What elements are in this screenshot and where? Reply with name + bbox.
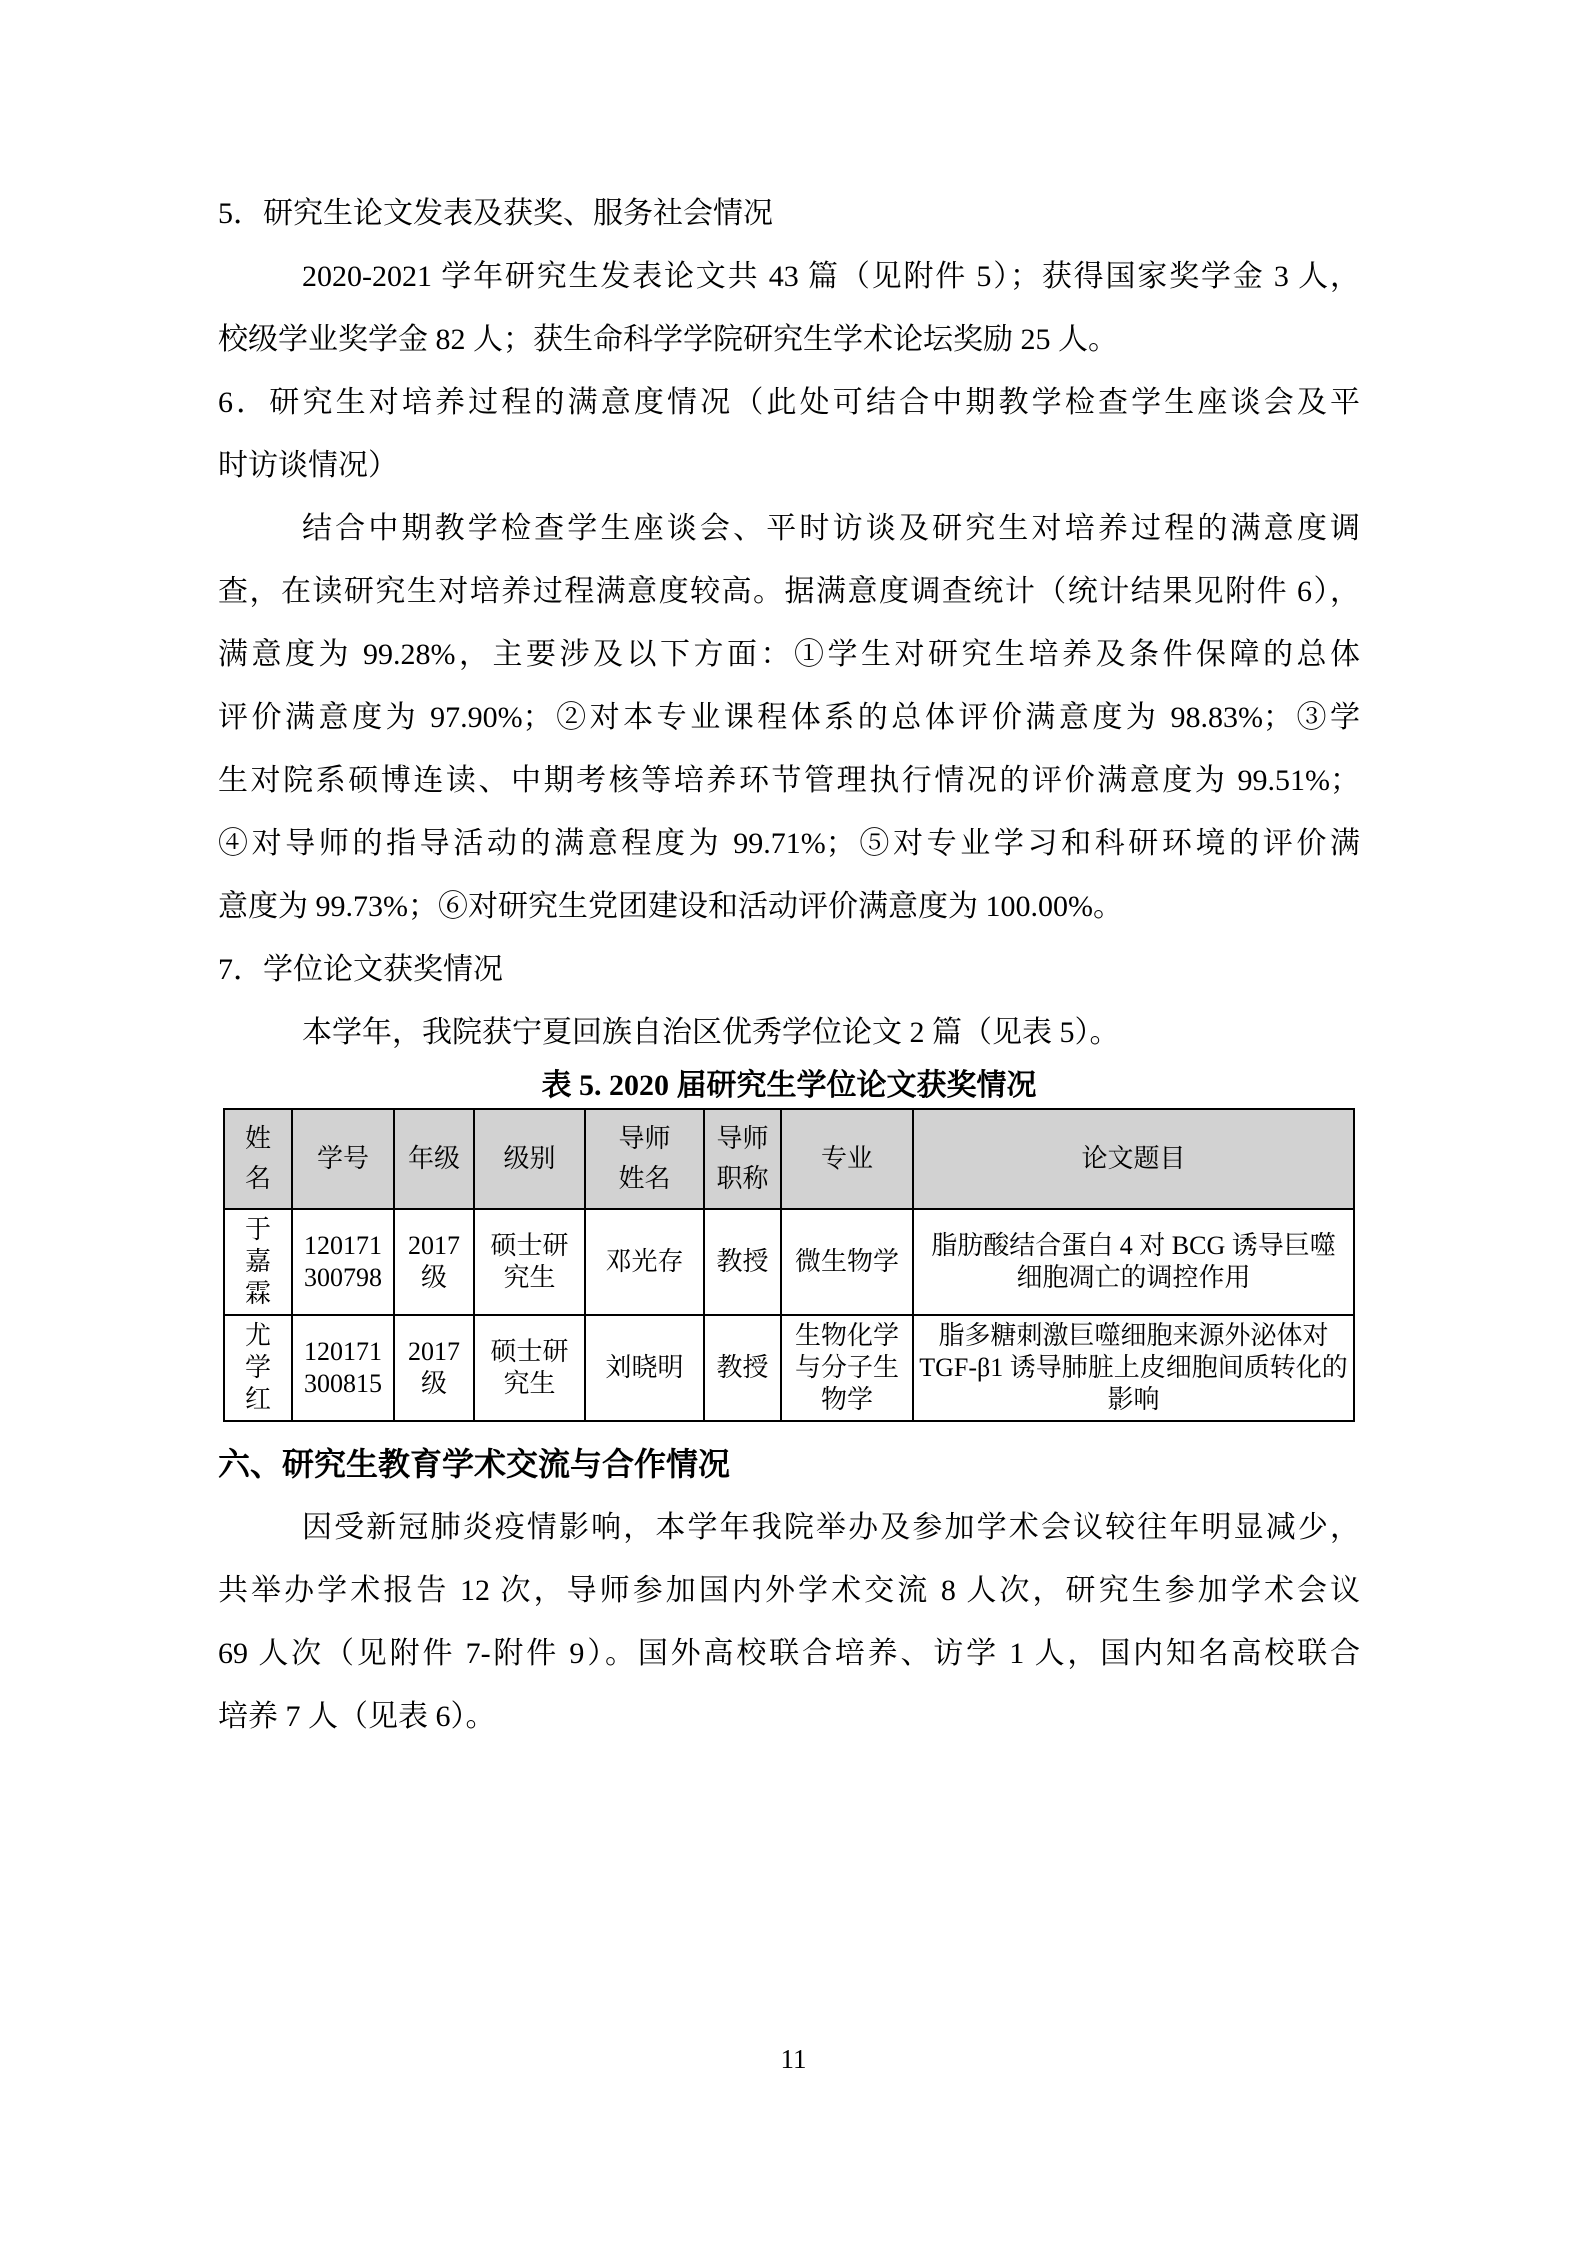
paragraph-line: 查，在读研究生对培养过程满意度较高。据满意度调查统计（统计结果见附件 6）， (218, 560, 1360, 623)
section-6-heading: 六、研究生教育学术交流与合作情况 (218, 1432, 1360, 1496)
col-header-major: 专业 (781, 1109, 913, 1209)
table-row: 尤 学 红 120171 300815 2017 级 硕士研 究生 刘晓明 教授… (224, 1315, 1354, 1421)
paragraph-line: 因受新冠肺炎疫情影响，本学年我院举办及参加学术会议较往年明显减少， (218, 1496, 1360, 1559)
item-5-heading: 5．研究生论文发表及获奖、服务社会情况 (218, 182, 1360, 245)
col-header-thesis-title: 论文题目 (913, 1109, 1354, 1209)
cell-grade: 2017 级 (394, 1209, 474, 1315)
paragraph-line: 共举办学术报告 12 次，导师参加国内外学术交流 8 人次，研究生参加学术会议 (218, 1559, 1360, 1622)
cell-major: 微生物学 (781, 1209, 913, 1315)
paragraph-line: 满意度为 99.28%，主要涉及以下方面：①学生对研究生培养及条件保障的总体 (218, 623, 1360, 686)
page-number: 11 (0, 2042, 1587, 2076)
paragraph-line: 校级学业奖学金 82 人；获生命科学学院研究生学术论坛奖励 25 人。 (218, 308, 1360, 371)
cell-student-id: 120171 300798 (292, 1209, 394, 1315)
col-header-level: 级别 (474, 1109, 585, 1209)
cell-thesis-title: 脂多糖刺激巨噬细胞来源外泌体对 TGF-β1 诱导肺脏上皮细胞间质转化的 影响 (913, 1315, 1354, 1421)
cell-name: 于 嘉 霖 (224, 1209, 292, 1315)
cell-advisor-title: 教授 (704, 1315, 781, 1421)
paragraph-line: 结合中期教学检查学生座谈会、平时访谈及研究生对培养过程的满意度调 (218, 497, 1360, 560)
paragraph-line: 培养 7 人（见表 6）。 (218, 1685, 1360, 1748)
cell-major: 生物化学 与分子生 物学 (781, 1315, 913, 1421)
paragraph-line: 生对院系硕博连读、中期考核等培养环节管理执行情况的评价满意度为 99.51%； (218, 749, 1360, 812)
col-header-advisor-title: 导师 职称 (704, 1109, 781, 1209)
thesis-award-table: 姓 名 学号 年级 级别 导师 姓名 导师 职称 专业 论文题目 于 嘉 霖 1… (223, 1108, 1355, 1422)
col-header-name: 姓 名 (224, 1109, 292, 1209)
heading-line: 时访谈情况） (218, 434, 1360, 497)
paragraph-satisfaction: 结合中期教学检查学生座谈会、平时访谈及研究生对培养过程的满意度调 查，在读研究生… (218, 497, 1360, 938)
paragraph-line: 69 人次（见附件 7-附件 9）。国外高校联合培养、访学 1 人，国内知名高校… (218, 1622, 1360, 1685)
cell-student-id: 120171 300815 (292, 1315, 394, 1421)
col-header-student-id: 学号 (292, 1109, 394, 1209)
paragraph-line: ④对导师的指导活动的满意程度为 99.71%；⑤对专业学习和科研环境的评价满 (218, 812, 1360, 875)
table-caption: 表 5. 2020 届研究生学位论文获奖情况 (218, 1064, 1360, 1108)
document-page: 5．研究生论文发表及获奖、服务社会情况 2020-2021 学年研究生发表论文共… (0, 0, 1587, 2245)
paragraph-line: 2020-2021 学年研究生发表论文共 43 篇（见附件 5）；获得国家奖学金… (218, 245, 1360, 308)
item-7-heading: 7．学位论文获奖情况 (218, 938, 1360, 1001)
cell-level: 硕士研 究生 (474, 1315, 585, 1421)
cell-advisor-title: 教授 (704, 1209, 781, 1315)
col-header-advisor-name: 导师 姓名 (585, 1109, 704, 1209)
cell-thesis-title: 脂肪酸结合蛋白 4 对 BCG 诱导巨噬 细胞凋亡的调控作用 (913, 1209, 1354, 1315)
heading-line: 6．研究生对培养过程的满意度情况（此处可结合中期教学检查学生座谈会及平 (218, 371, 1360, 434)
paragraph-line: 意度为 99.73%；⑥对研究生党团建设和活动评价满意度为 100.00%。 (218, 875, 1360, 938)
paragraph-publications-awards: 2020-2021 学年研究生发表论文共 43 篇（见附件 5）；获得国家奖学金… (218, 245, 1360, 371)
cell-name: 尤 学 红 (224, 1315, 292, 1421)
paragraph-thesis-award: 本学年，我院获宁夏回族自治区优秀学位论文 2 篇（见表 5）。 (218, 1001, 1360, 1064)
cell-advisor-name: 刘晓明 (585, 1315, 704, 1421)
paragraph-line: 评价满意度为 97.90%；②对本专业课程体系的总体评价满意度为 98.83%；… (218, 686, 1360, 749)
table-header-row: 姓 名 学号 年级 级别 导师 姓名 导师 职称 专业 论文题目 (224, 1109, 1354, 1209)
col-header-grade: 年级 (394, 1109, 474, 1209)
paragraph-academic-exchange: 因受新冠肺炎疫情影响，本学年我院举办及参加学术会议较往年明显减少， 共举办学术报… (218, 1496, 1360, 1748)
item-6-heading: 6．研究生对培养过程的满意度情况（此处可结合中期教学检查学生座谈会及平 时访谈情… (218, 371, 1360, 497)
cell-advisor-name: 邓光存 (585, 1209, 704, 1315)
cell-level: 硕士研 究生 (474, 1209, 585, 1315)
table-row: 于 嘉 霖 120171 300798 2017 级 硕士研 究生 邓光存 教授… (224, 1209, 1354, 1315)
cell-grade: 2017 级 (394, 1315, 474, 1421)
